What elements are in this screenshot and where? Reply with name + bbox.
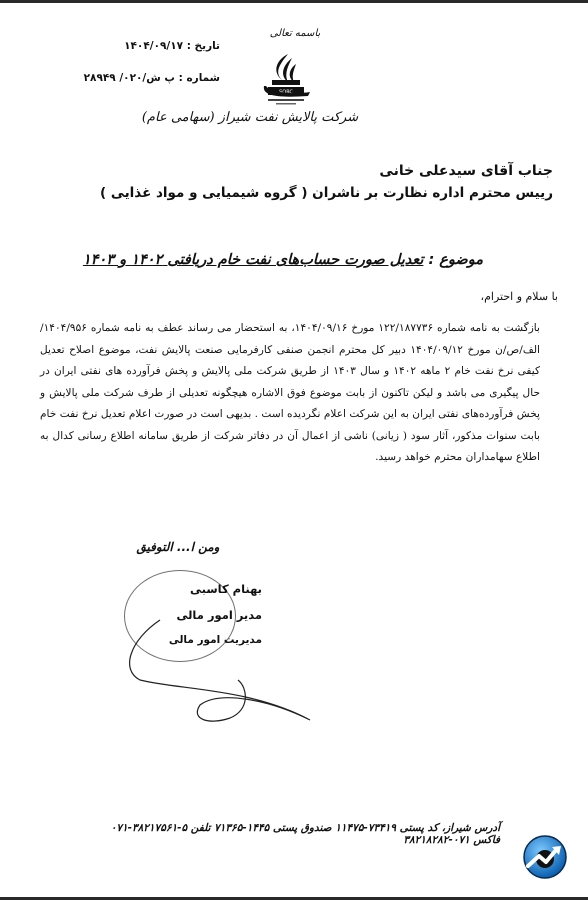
subject-label: موضوع : (428, 252, 483, 268)
basmala: باسمه تعالی (265, 28, 325, 39)
footer-address: آدرس شیراز، کد پستی ۷۳۴۱۹-۱۱۴۷۵ صندوق پس… (90, 822, 500, 846)
addressee-name: جناب آقای سیدعلی خانی (33, 160, 553, 182)
handwritten-signature-icon (120, 570, 320, 730)
subject-text: تعدیل صورت حساب‌های نفت خام دریافتی ۱۴۰۲… (83, 252, 423, 268)
letter-date: تاریخ : ۱۴۰۴/۰۹/۱۷ (70, 40, 220, 52)
letter-number: شماره : پ ش/۰۲۰/ ۲۸۹۴۹ (70, 72, 220, 84)
signature-block: بهنام کاسبی مدیر امور مالی مدیریت امور م… (120, 570, 280, 730)
number-value: پ ش/۰۲۰/ ۲۸۹۴۹ (84, 72, 175, 84)
closing-phrase: ومن ا... التوفیق (118, 540, 238, 554)
greeting: با سلام و احترام، (481, 290, 558, 303)
trend-chart-logo-icon (522, 834, 568, 880)
top-border (0, 0, 588, 3)
number-label: شماره : (179, 72, 220, 84)
addressee: جناب آقای سیدعلی خانی رییس محترم اداره ن… (33, 160, 553, 204)
subject-line: موضوع : تعدیل صورت حساب‌های نفت خام دریا… (83, 252, 483, 268)
date-value: ۱۴۰۴/۰۹/۱۷ (124, 40, 183, 52)
letter-body: بازگشت به نامه شماره ۱۲۲/۱۸۷۷۳۶ مورخ ۱۴۰… (40, 318, 540, 469)
addressee-title: رییس محترم اداره نظارت بر ناشران ( گروه … (33, 182, 553, 204)
date-label: تاریخ : (187, 40, 220, 52)
company-logo-icon: SORC (258, 50, 314, 108)
company-name: شرکت پالایش نفت شیراز (سهامی عام) (120, 110, 380, 125)
